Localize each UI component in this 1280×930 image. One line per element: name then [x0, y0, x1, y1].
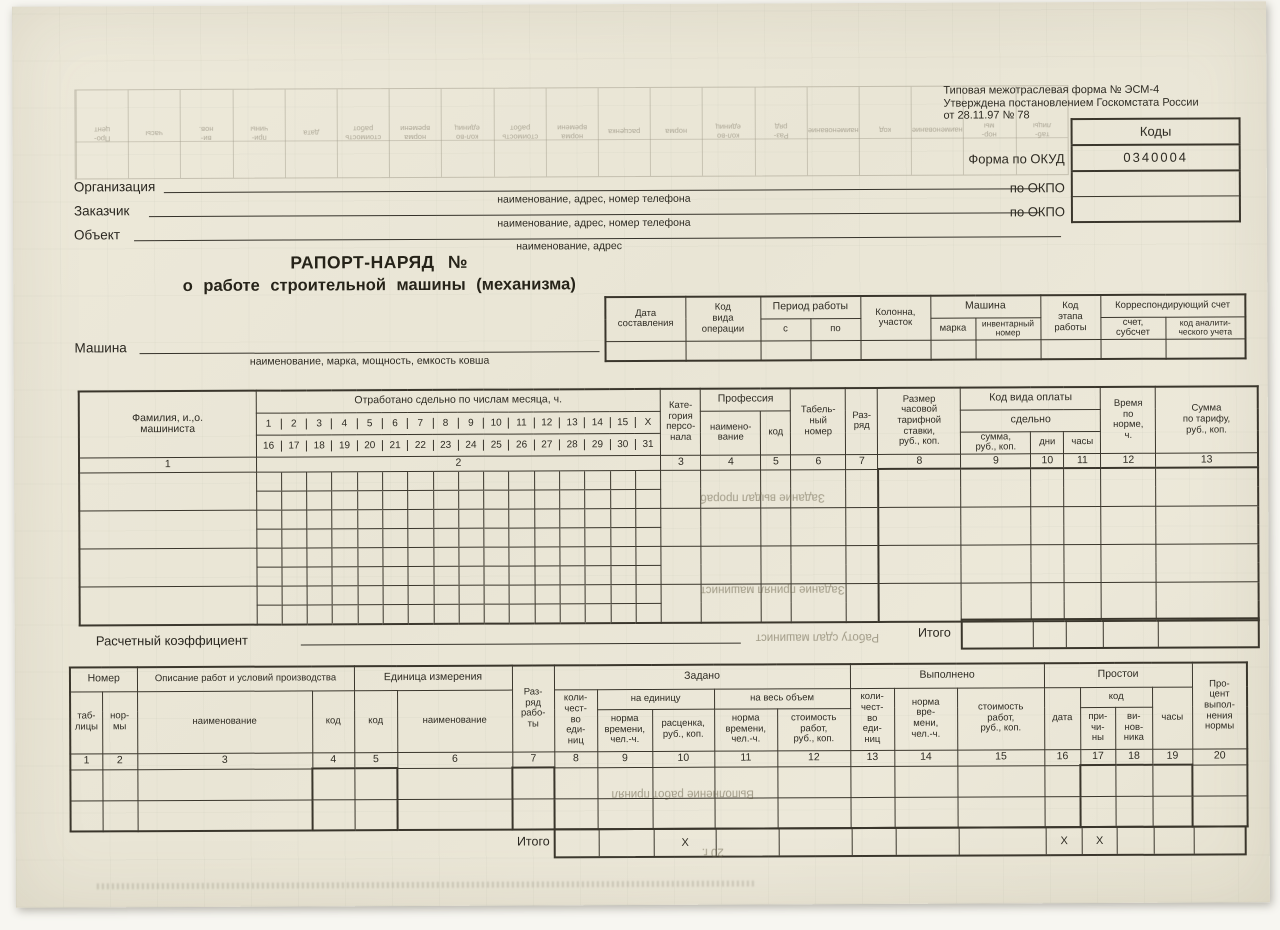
work-timenorm-unit-header: норма времени, чел.-ч.	[597, 709, 652, 751]
num-cell: 11	[1064, 453, 1101, 468]
empty-cell	[961, 469, 1031, 507]
empty-cell	[1156, 582, 1258, 621]
day-cell	[332, 548, 357, 566]
cell: 9	[458, 417, 483, 428]
day-cell	[635, 471, 660, 489]
day-cell	[307, 586, 332, 604]
day-cell	[408, 567, 433, 585]
itogo-cell	[896, 829, 959, 855]
empty-cell	[1156, 544, 1258, 582]
cell: при- чины	[232, 90, 285, 178]
cell: наименование	[806, 87, 859, 175]
num-cell: 13	[1156, 453, 1258, 468]
cell: 2	[281, 418, 306, 429]
day-cell	[306, 472, 331, 490]
day-cell	[306, 548, 331, 566]
day-cell	[635, 490, 660, 508]
showthrough-phrase: Работу сдал машинист	[756, 631, 879, 644]
cell: кол-во единиц	[702, 88, 755, 176]
work-qty-header: коли- чест- во еди- ниц	[554, 689, 597, 751]
main-tariffsum-header: Сумма по тарифу, руб., коп.	[1156, 386, 1258, 453]
cell: 22	[407, 440, 432, 451]
info-brand-header: марка	[930, 318, 975, 340]
num-cell: 12	[777, 750, 850, 766]
main-days-row1: 123456789101112131415X	[256, 411, 661, 435]
day-cell	[509, 509, 534, 527]
work-descr-header: Описание работ и условий производства	[137, 666, 354, 691]
work-number-header: Номер	[70, 667, 137, 691]
work-culprit-header: ви- нов- ника	[1115, 707, 1152, 749]
day-cell	[382, 491, 407, 509]
work-qtydone-header: коли- чест- во еди- ниц	[850, 688, 894, 750]
day-cell	[559, 528, 584, 546]
empty-cell	[1044, 765, 1080, 796]
cell: 12	[534, 417, 559, 428]
empty-cell	[1153, 796, 1193, 827]
day-cell	[610, 547, 635, 565]
num-cell: 15	[957, 749, 1044, 765]
work-date-header: дата	[1044, 687, 1080, 749]
cell: X	[635, 416, 660, 427]
info-machine-header: Машина	[930, 295, 1040, 317]
cell: 25	[483, 439, 508, 450]
work-table: Номер Описание работ и условий производс…	[69, 661, 1249, 832]
cell: 17	[281, 440, 306, 451]
day-cell	[458, 509, 483, 527]
machinist-name-cell	[80, 586, 257, 625]
day-cell	[307, 605, 332, 623]
empty-cell	[846, 507, 878, 545]
day-cell	[585, 585, 610, 603]
day-cell	[332, 586, 357, 604]
day-cell	[458, 547, 483, 565]
day-cell	[610, 585, 635, 603]
empty-cell	[312, 768, 354, 799]
cell: часы	[128, 90, 181, 178]
empty-cell	[761, 546, 791, 584]
day-cell	[433, 567, 458, 585]
main-table: Фамилия, и.,о. машиниста Отработано сдел…	[78, 385, 1260, 626]
num-cell: 17	[1080, 749, 1115, 765]
day-cell	[382, 472, 407, 490]
cell: кол-во единиц	[441, 89, 494, 177]
empty-cell	[701, 508, 761, 546]
num-cell: 8	[878, 454, 961, 469]
empty-cell	[1031, 544, 1064, 582]
day-cell	[458, 566, 483, 584]
empty-cell	[1156, 506, 1258, 544]
empty-cell	[958, 796, 1045, 827]
work-reason-header: при- чи- ны	[1080, 707, 1115, 749]
day-cell	[357, 567, 382, 585]
day-cell	[257, 510, 281, 528]
num-cell: 14	[894, 750, 957, 766]
codes-table: Коды 0340004	[1071, 117, 1241, 223]
day-cell	[281, 567, 306, 585]
work-pervolume-header: на весь объем	[714, 688, 850, 709]
info-opcode-header: Код вида операции	[685, 296, 760, 341]
empty-cell	[1031, 468, 1064, 506]
day-cell	[408, 605, 433, 623]
day-cell	[407, 472, 432, 490]
day-cell	[484, 604, 509, 622]
empty-cell	[961, 507, 1031, 545]
cell: 3	[306, 418, 331, 429]
work-itogo-label: Итого	[450, 834, 550, 848]
main-profcode-header: код	[761, 410, 791, 454]
empty-cell	[1031, 506, 1064, 544]
cell: 15	[609, 417, 634, 428]
empty-cell	[70, 769, 102, 800]
itogo-cell	[599, 830, 654, 856]
cell: норма времени	[545, 88, 598, 176]
work-done-header: Выполнено	[850, 663, 1044, 688]
main-itogo-box	[961, 617, 1260, 649]
work-hours-header: часы	[1152, 687, 1192, 749]
empty-cell	[961, 545, 1031, 583]
empty-cell	[894, 766, 957, 797]
itogo-cell	[556, 830, 599, 856]
itogo-cell	[1117, 828, 1154, 854]
empty-cell	[354, 768, 397, 799]
empty-cell	[1045, 796, 1081, 827]
empty-cell	[931, 340, 976, 360]
cell: Раз- ряд	[754, 87, 807, 175]
day-cell	[610, 604, 635, 622]
cell: 7	[407, 417, 432, 428]
main-name-header: Фамилия, и.,о. машиниста	[79, 391, 256, 458]
day-cell	[458, 471, 483, 489]
day-cell	[610, 471, 635, 489]
day-cell	[483, 471, 508, 489]
itogo-cell	[959, 828, 1046, 854]
day-cell	[357, 491, 382, 509]
cell: дата	[284, 89, 337, 177]
cell: 31	[635, 439, 660, 450]
empty-cell	[653, 798, 715, 829]
day-cell	[281, 472, 306, 490]
day-cell	[357, 472, 382, 490]
cell: 30	[610, 439, 635, 450]
day-cell	[610, 528, 635, 546]
work-timenorm-vol-header: норма времени, чел.-ч.	[714, 708, 777, 750]
empty-cell	[1101, 582, 1156, 621]
cell: 5	[357, 418, 382, 429]
work-unit-header: Единица измерения	[354, 666, 512, 691]
day-cell	[534, 490, 559, 508]
cell: стоимость работ	[493, 88, 546, 176]
cell: норма времени	[389, 89, 442, 177]
day-cell	[610, 509, 635, 527]
day-cell	[257, 548, 281, 566]
info-period-header: Период работы	[760, 296, 860, 318]
day-cell	[483, 509, 508, 527]
cell: стоимость работ	[336, 89, 389, 177]
num-cell: 10	[1031, 453, 1064, 468]
num-cell: 8	[554, 751, 597, 767]
day-cell	[332, 605, 357, 623]
empty-cell	[555, 798, 598, 829]
num-cell: 20	[1192, 748, 1247, 764]
empty-cell	[512, 767, 554, 798]
day-cell	[257, 567, 281, 585]
day-cell	[433, 586, 458, 604]
calc-coeff-label: Расчетный коэффициент	[96, 633, 248, 649]
num-cell: 2	[102, 753, 137, 769]
day-cell	[635, 547, 660, 565]
empty-cell	[976, 340, 1041, 360]
form-title-line1: РАПОРТ-НАРЯД №	[129, 251, 629, 274]
day-cell	[257, 491, 281, 509]
empty-cell	[686, 341, 761, 361]
day-cell	[331, 472, 356, 490]
empty-cell	[1080, 765, 1115, 796]
info-from-header: с	[760, 318, 810, 340]
num-cell: 5	[761, 455, 791, 470]
itogo-cell	[1158, 619, 1258, 646]
cell: 1	[256, 418, 280, 429]
empty-cell	[1031, 582, 1064, 621]
itogo-cell	[1103, 620, 1158, 647]
empty-cell	[777, 766, 850, 797]
day-cell	[357, 586, 382, 604]
day-cell	[534, 547, 559, 565]
day-cell	[534, 528, 559, 546]
empty-cell	[661, 470, 701, 508]
main-paycode-header: Код вида оплаты	[961, 387, 1101, 410]
num-cell: 4	[312, 752, 354, 768]
empty-cell	[661, 508, 701, 546]
day-cell	[585, 490, 610, 508]
scanned-paper: Про- центчасыви- нов.при- чиныдатастоимо…	[12, 1, 1270, 907]
day-cell	[610, 566, 635, 584]
main-colnum-1: 1	[79, 457, 256, 473]
day-cell	[433, 605, 458, 623]
day-cell	[636, 604, 661, 622]
day-cell	[332, 529, 357, 547]
day-cell	[585, 528, 610, 546]
day-cell	[585, 547, 610, 565]
day-cell	[509, 547, 534, 565]
day-cell	[509, 566, 534, 584]
day-cell	[281, 586, 306, 604]
num-cell: 11	[714, 750, 777, 766]
cell: Про- цент	[75, 90, 128, 178]
cell: 4	[331, 418, 356, 429]
empty-cell	[1116, 796, 1153, 827]
day-cell	[382, 529, 407, 547]
num-cell: 1	[70, 753, 102, 769]
empty-cell	[102, 769, 137, 800]
day-cell	[383, 605, 408, 623]
day-cell	[483, 528, 508, 546]
day-cell	[509, 490, 534, 508]
okud-label: Форма по ОКУД	[865, 151, 1065, 167]
empty-cell	[103, 800, 138, 831]
cell: 19	[331, 440, 356, 451]
day-cell	[458, 490, 483, 508]
day-cell	[509, 604, 534, 622]
info-date-header: Дата составления	[605, 297, 685, 342]
num-cell: 9	[961, 454, 1031, 469]
day-cell	[306, 491, 331, 509]
codes-title-cell: Коды	[1072, 118, 1240, 145]
empty-cell	[1064, 544, 1101, 582]
cell: 29	[584, 439, 609, 450]
empty-cell	[846, 583, 878, 622]
day-cell	[534, 471, 559, 489]
day-cell	[585, 604, 610, 622]
num-cell: 7	[846, 454, 878, 469]
day-cell	[484, 585, 509, 603]
num-cell: 18	[1115, 749, 1152, 765]
day-cell	[433, 529, 458, 547]
empty-cell	[1101, 339, 1166, 359]
work-norms-header: нор- мы	[102, 691, 137, 753]
empty-cell	[598, 798, 653, 829]
work-perunit-header: на единицу	[597, 689, 714, 710]
num-cell: 3	[661, 455, 701, 470]
object-label: Объект	[74, 227, 120, 242]
day-cell	[357, 510, 382, 528]
work-tables-header: таб- лицы	[70, 691, 102, 753]
day-cell	[382, 567, 407, 585]
empty-cell	[861, 340, 931, 360]
info-column-header: Колонна, участок	[860, 296, 930, 341]
day-cell	[257, 472, 281, 490]
itogo-x-col16: X	[1046, 828, 1082, 854]
itogo-cell	[1033, 620, 1066, 647]
machine-hint: наименование, марка, мощность, емкость к…	[185, 354, 555, 368]
empty-cell	[878, 545, 961, 583]
day-cell	[559, 471, 584, 489]
empty-cell	[878, 469, 961, 507]
num-cell: 13	[850, 750, 894, 766]
work-grade-header: Раз- ряд рабо- ты	[512, 665, 554, 751]
work-costdone-header: стоимость работ, руб., коп.	[957, 687, 1044, 749]
day-cell	[383, 586, 408, 604]
empty-cell	[661, 584, 701, 623]
work-cost-vol-header: стоимость работ, руб., коп.	[777, 708, 850, 750]
work-price-header: расценка, руб., коп.	[652, 709, 714, 751]
info-corr-header: Корреспондирующий счет	[1100, 294, 1245, 317]
empty-cell	[313, 799, 355, 830]
main-piecework-header: сдельно	[961, 409, 1101, 432]
day-cell	[509, 585, 534, 603]
day-cell	[560, 604, 585, 622]
day-cell	[433, 472, 458, 490]
empty-cell	[851, 797, 895, 828]
num-cell: 16	[1044, 749, 1080, 765]
empty-cell	[850, 766, 894, 797]
day-cell	[306, 510, 331, 528]
day-cell	[584, 471, 609, 489]
itogo-cell	[1154, 828, 1194, 854]
machine-line	[139, 337, 599, 354]
day-cell	[458, 585, 483, 603]
day-cell	[534, 585, 559, 603]
day-cell	[281, 529, 306, 547]
info-stage-header: Код этапа работы	[1040, 295, 1100, 340]
day-cell	[585, 566, 610, 584]
main-tabno-header: Табель- ный номер	[791, 388, 846, 454]
cell: 24	[458, 439, 483, 450]
info-inv-header: инвентарный номер	[975, 317, 1040, 340]
okpo-value-cell-1	[1072, 170, 1240, 196]
main-profession-header: Профессия	[701, 388, 791, 410]
empty-cell	[761, 508, 791, 546]
main-days-row2: 16171819202122232425262728293031	[256, 433, 661, 457]
main-profname-header: наимено- вание	[701, 410, 761, 455]
work-timenormdone-header: норма вре- мени, чел.-ч.	[894, 688, 957, 750]
day-cell	[560, 566, 585, 584]
day-cell	[610, 490, 635, 508]
itogo-cell	[779, 829, 852, 855]
cell: 14	[584, 417, 609, 428]
empty-cell	[1041, 339, 1101, 359]
work-code-header: код	[312, 690, 354, 752]
footer-smudge	[97, 880, 757, 889]
info-data-row	[606, 339, 1246, 362]
day-cell	[382, 548, 407, 566]
cell: 23	[433, 439, 458, 450]
empty-cell	[778, 797, 851, 828]
main-grade-header: Раз- ряд	[846, 388, 878, 454]
empty-cell	[846, 545, 878, 583]
main-hours-col-header: часы	[1064, 431, 1101, 453]
work-code2-header: код	[1080, 687, 1152, 707]
num-cell: 12	[1101, 453, 1156, 468]
day-cell	[281, 605, 306, 623]
empty-cell	[791, 507, 846, 545]
cell: 10	[483, 417, 508, 428]
day-cell	[559, 509, 584, 527]
day-cell	[408, 586, 433, 604]
cell: 28	[559, 439, 584, 450]
work-assigned-header: Задано	[554, 664, 850, 689]
num-cell: 5	[354, 752, 397, 768]
cell: 20	[357, 440, 382, 451]
cell: 18	[306, 440, 331, 451]
day-cell	[458, 528, 483, 546]
empty-cell	[355, 799, 398, 830]
work-unitcode-header: код	[354, 690, 397, 752]
day-cell	[559, 490, 584, 508]
empty-cell	[661, 546, 701, 584]
org-label: Организация	[74, 179, 155, 194]
num-cell: 6	[397, 752, 512, 769]
empty-cell	[1081, 796, 1116, 827]
day-cell	[332, 491, 357, 509]
empty-cell	[138, 799, 313, 831]
cell: норма	[650, 88, 703, 176]
empty-cell	[1101, 506, 1156, 544]
cell: 27	[534, 439, 559, 450]
work-itogo-box: X X X	[554, 825, 1247, 858]
main-days-header: Отработано сдельно по числам месяца, ч.	[256, 389, 661, 413]
showthrough-phrase: Выполнение работ принял	[611, 788, 754, 801]
main-days-col-header: дни	[1031, 431, 1064, 453]
cell: 16	[256, 440, 280, 451]
empty-cell	[1193, 795, 1248, 826]
day-cell	[408, 529, 433, 547]
day-cell	[534, 566, 559, 584]
cell: 13	[559, 417, 584, 428]
day-cell	[307, 567, 332, 585]
empty-cell	[1101, 468, 1156, 506]
day-cell	[585, 509, 610, 527]
itogo-cell	[716, 829, 779, 855]
